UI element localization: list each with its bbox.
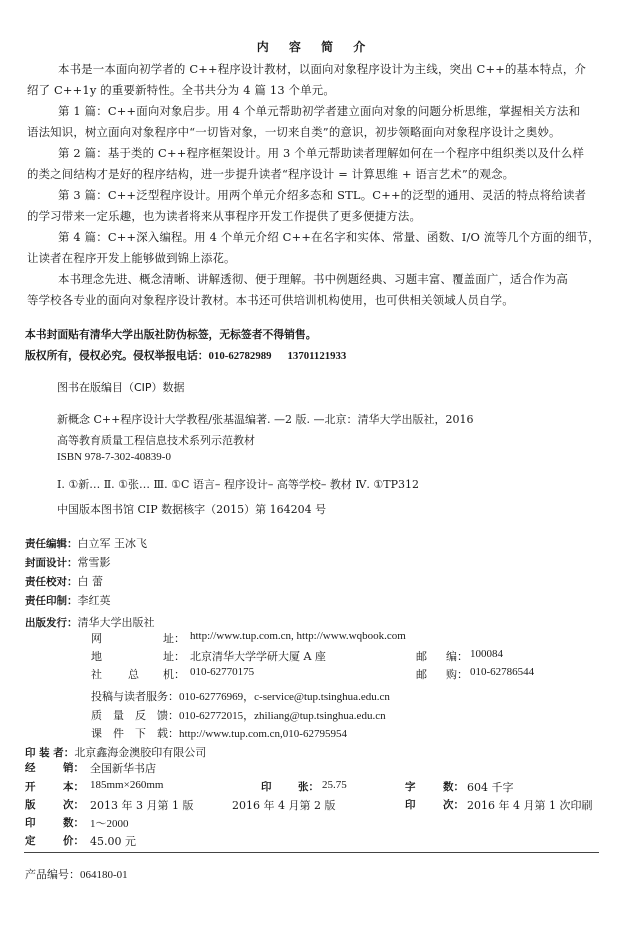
copies-label-a: 印 <box>25 815 36 830</box>
summary-line: 第 4 篇：C++深入编程。用 4 个单元介绍 C++在名字和实体、常量、函数、… <box>58 227 600 249</box>
cip-classification: Ⅰ. ①新… Ⅱ. ①张… Ⅲ. ①C 语言– 程序设计– 高等学校– 教材 Ⅳ… <box>57 476 419 492</box>
summary-title: 内 容 简 介 <box>0 38 630 55</box>
words-label-b: 数： <box>443 779 464 794</box>
cip-verification: 中国版本图书馆 CIP 数据核字（2015）第 164204 号 <box>57 501 326 517</box>
words-label-a: 字 <box>405 779 416 794</box>
staff-row: 责任编辑：白立军 王冰飞 <box>25 532 147 551</box>
report-phone-2: 13701121933 <box>288 350 347 362</box>
edition-first: 2013 年 3 月第 1 版 <box>90 797 193 813</box>
staff-value: 白立军 王冰飞 <box>78 537 148 550</box>
product-code-label: 产品编号： <box>25 868 80 881</box>
product-code-row: 产品编号：064180-01 <box>25 863 128 882</box>
staff-value: 李红英 <box>78 594 111 607</box>
quality-feedback-row: 质 量 反 馈：010-62772015，zhiliang@tup.tsingh… <box>91 704 386 723</box>
switchboard-label-m: 总 <box>128 666 139 682</box>
price-value: 45.00 元 <box>90 833 136 849</box>
copyright-text: 版权所有，侵权必究。侵权举报电话： <box>25 349 209 362</box>
publisher-name: 清华大学出版社 <box>78 616 155 629</box>
switchboard-label-b: 机： <box>163 666 185 682</box>
summary-line: 让读者在程序开发上能够做到锦上添花。 <box>27 248 236 270</box>
reader-service-label: 投稿与读者服务： <box>91 690 179 703</box>
website-label-b: 址： <box>163 630 185 646</box>
postcode-label-b: 编： <box>446 648 468 664</box>
summary-line: 本书理念先进、概念清晰、讲解透彻、便于理解。书中例题经典、习题丰富、覆盖面广，适… <box>58 269 568 291</box>
courseware-value: http://www.tup.com.cn,010-62795954 <box>179 728 347 740</box>
printer-row: 印 装 者：北京鑫海金澳胶印有限公司 <box>25 741 206 760</box>
address-value: 北京清华大学学研大厦 A 座 <box>190 648 326 664</box>
staff-label: 责任印制： <box>25 595 78 607</box>
edition-label-a: 版 <box>25 797 36 812</box>
reader-service-value: 010-62776969，c-service@tup.tsinghua.edu.… <box>179 691 390 703</box>
summary-line: 本书是一本面向初学者的 C++程序设计教材，以面向对象程序设计为主线，突出 C+… <box>58 59 586 81</box>
mailorder-label-b: 购： <box>446 666 468 682</box>
summary-line: 第 3 篇：C++泛型程序设计。用两个单元介绍多态和 STL。C++的泛型的通用… <box>58 185 586 207</box>
website-value: http://www.tup.com.cn, http://www.wqbook… <box>190 630 406 642</box>
staff-label: 封面设计： <box>25 557 78 569</box>
format-label-b: 本： <box>63 779 84 794</box>
divider <box>24 852 599 853</box>
distributor-label-a: 经 <box>25 760 36 775</box>
summary-line: 语法知识，树立面向对象程序中“一切皆对象，一切来自类”的意识，初步领略面向对象程… <box>27 122 561 144</box>
report-phone-1: 010-62782989 <box>209 350 272 362</box>
summary-line: 绍了 C++1y 的重要新特性。全书共分为 4 篇 13 个单元。 <box>27 80 335 102</box>
summary-line: 的类之间结构才是好的程序结构，进一步提升读者“程序设计 = 计算思维 + 语言艺… <box>27 164 514 186</box>
address-label-a: 地 <box>91 648 102 664</box>
anti-counterfeit-notice: 本书封面贴有清华大学出版社防伪标签，无标签者不得销售。 <box>25 327 317 342</box>
distributor-value: 全国新华书店 <box>90 760 156 776</box>
cip-heading: 图书在版编目（CIP）数据 <box>57 379 185 395</box>
staff-value: 白 蕾 <box>78 575 104 588</box>
printer-value: 北京鑫海金澳胶印有限公司 <box>74 746 206 759</box>
publisher-row: 出版发行：清华大学出版社 <box>25 611 155 630</box>
format-label-a: 开 <box>25 779 36 794</box>
summary-line: 等学校各专业的面向对象程序设计教材。本书还可供培训机构使用，也可供相关领域人员自… <box>27 290 514 312</box>
summary-line: 的学习带来一定乐趣，也为读者将来从事程序开发工作提供了更多便捷方法。 <box>27 206 421 228</box>
staff-label: 责任校对： <box>25 576 78 588</box>
courseware-label: 课 件 下 载： <box>91 727 179 740</box>
quality-feedback-label: 质 量 反 馈： <box>91 709 179 722</box>
postcode-value: 100084 <box>470 648 503 660</box>
price-label-b: 价： <box>63 833 84 848</box>
mailorder-value: 010-62786544 <box>470 666 534 678</box>
postcode-label-a: 邮 <box>416 648 427 664</box>
cip-title-line: 新概念 C++程序设计大学教程/张基温编著. —2 版. —北京：清华大学出版社… <box>57 411 474 427</box>
printer-label: 印 装 者： <box>25 747 74 759</box>
copies-label-b: 数： <box>63 815 84 830</box>
product-code-value: 064180-01 <box>80 869 128 881</box>
staff-label: 责任编辑： <box>25 538 78 550</box>
words-value: 604 千字 <box>467 779 514 795</box>
cip-isbn: ISBN 978-7-302-40839-0 <box>57 451 171 463</box>
sheets-value: 25.75 <box>322 779 347 791</box>
copyright-notice: 版权所有，侵权必究。侵权举报电话：010-6278298913701121933 <box>25 348 346 363</box>
edition-label-b: 次： <box>63 797 84 812</box>
switchboard-label-a: 社 <box>91 666 102 682</box>
staff-row: 责任印制：李红英 <box>25 589 111 608</box>
publisher-label: 出版发行： <box>25 617 78 629</box>
address-label-b: 址： <box>163 648 185 664</box>
cip-series-line: 高等教育质量工程信息技术系列示范教材 <box>57 432 255 448</box>
summary-line: 第 1 篇：C++面向对象启步。用 4 个单元帮助初学者建立面向对象的问题分析思… <box>58 101 580 123</box>
quality-feedback-value: 010-62772015，zhiliang@tup.tsinghua.edu.c… <box>179 710 386 722</box>
reader-service-row: 投稿与读者服务：010-62776969，c-service@tup.tsing… <box>91 685 390 704</box>
distributor-label-b: 销： <box>63 760 84 775</box>
impression-label-b: 次： <box>443 797 464 812</box>
sheets-label-b: 张： <box>298 779 319 794</box>
staff-row: 责任校对：白 蕾 <box>25 570 103 589</box>
staff-value: 常雪影 <box>78 556 111 569</box>
summary-line: 第 2 篇：基于类的 C++程序框架设计。用 3 个单元帮助读者理解如何在一个程… <box>58 143 584 165</box>
switchboard-value: 010-62770175 <box>190 666 254 678</box>
sheets-label-a: 印 <box>261 779 272 794</box>
copies-value: 1～2000 <box>90 815 129 831</box>
website-label-a: 网 <box>91 630 102 646</box>
impression-value: 2016 年 4 月第 1 次印刷 <box>467 797 592 813</box>
price-label-a: 定 <box>25 833 36 848</box>
format-value: 185mm×260mm <box>90 779 163 791</box>
courseware-row: 课 件 下 载：http://www.tup.com.cn,010-627959… <box>91 722 347 741</box>
mailorder-label-a: 邮 <box>416 666 427 682</box>
edition-second: 2016 年 4 月第 2 版 <box>232 797 335 813</box>
staff-row: 封面设计：常雪影 <box>25 551 111 570</box>
impression-label-a: 印 <box>405 797 416 812</box>
